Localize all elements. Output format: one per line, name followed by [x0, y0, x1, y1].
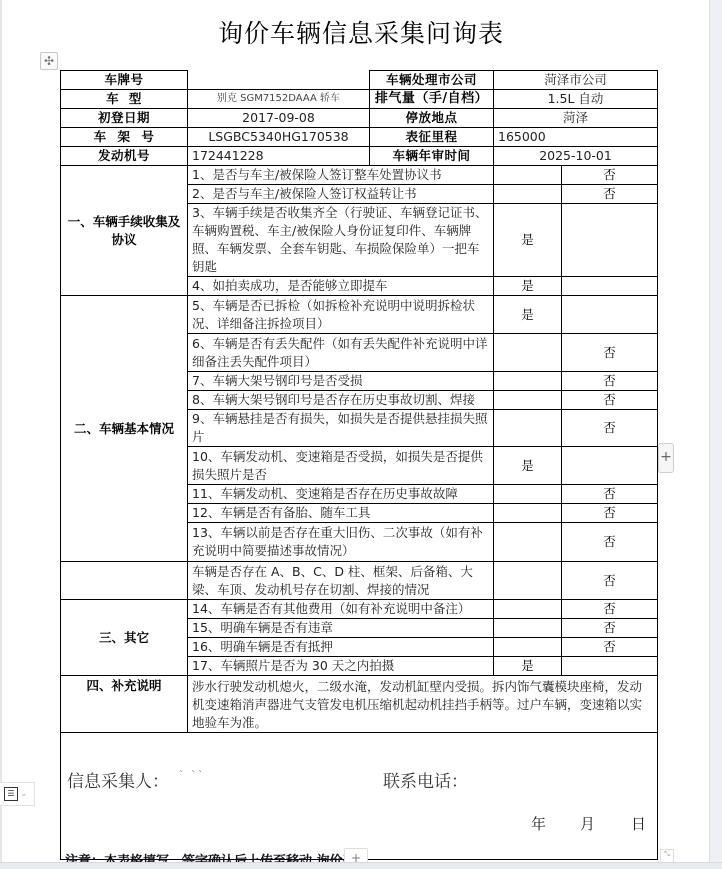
- answer-yes-14[interactable]: [494, 600, 562, 619]
- answer-yes-15[interactable]: [494, 619, 562, 638]
- answer-yes-6[interactable]: [494, 334, 562, 372]
- answer-no-2[interactable]: 否: [562, 185, 658, 204]
- question-10: 10、车辆发动机、变速箱是否受损，如损失是否提供损失照片是否: [188, 447, 494, 485]
- answer-yes-3[interactable]: 是: [494, 204, 562, 277]
- model-label: 车 型: [61, 90, 188, 109]
- inspection-value[interactable]: 2025-10-01: [494, 147, 658, 166]
- question-13: 13、车辆以前是否存在重大旧伤、二次事故（如有补充说明中简要描述事故情况）: [188, 523, 494, 562]
- info-row-engine: 发动机号 172441228 车辆年审时间 2025-10-01: [61, 147, 658, 166]
- model-value[interactable]: 别克 SGM7152DAAA 轿车: [188, 90, 370, 109]
- mileage-value[interactable]: 165000: [494, 128, 658, 147]
- plate-label: 车牌号: [61, 71, 188, 90]
- checklist-row: 一、车辆手续收集及协议 1、是否与车主/被保险人签订整车处置协议书 否: [61, 166, 658, 185]
- inspection-label: 车辆年审时间: [370, 147, 494, 166]
- answer-no-10[interactable]: [562, 447, 658, 485]
- horizontal-scrollbar[interactable]: [0, 862, 722, 869]
- question-3: 3、车辆手续是否收集齐全（行驶证、车辆登记证书、车辆购置税、车主/被保险人身份证…: [188, 204, 494, 277]
- answer-no-8[interactable]: 否: [562, 391, 658, 410]
- company-label: 车辆处理市公司: [370, 71, 494, 90]
- info-row-vin: 车 架 号 LSGBC5340HG170538 表征里程 165000: [61, 128, 658, 147]
- question-17: 17、车辆照片是否为 30 天之内拍摄: [188, 657, 494, 676]
- question-12: 12、车辆是否有备胎、随车工具: [188, 504, 494, 523]
- question-6: 6、车辆是否有丢失配件（如有丢失配件补充说明中详细备注丢失配件项目）: [188, 334, 494, 372]
- section-4-title: 四、补充说明: [61, 676, 188, 733]
- location-label: 停放地点: [370, 109, 494, 128]
- date-month-label: 月: [580, 815, 595, 833]
- answer-no-pillar[interactable]: 否: [562, 562, 658, 600]
- phone-label: 联系电话：: [383, 773, 468, 791]
- question-11: 11、车辆发动机、变速箱是否存在历史事故故障: [188, 485, 494, 504]
- answer-no-16[interactable]: 否: [562, 638, 658, 657]
- answer-yes-1[interactable]: [494, 166, 562, 185]
- inquiry-form-table: 车牌号 车辆处理市公司 菏泽市公司 车 型 别克 SGM7152DAAA 轿车 …: [60, 70, 658, 860]
- question-16: 16、明确车辆是否有抵押: [188, 638, 494, 657]
- question-15: 15、明确车辆是否有违章: [188, 619, 494, 638]
- answer-no-11[interactable]: 否: [562, 485, 658, 504]
- answer-no-4[interactable]: [562, 277, 658, 296]
- company-value[interactable]: 菏泽市公司: [494, 71, 658, 90]
- reg-date-label: 初登日期: [61, 109, 188, 128]
- checklist-row: 车辆是否存在 A、B、C、D 柱、框架、后备箱、大梁、车顶、发动机号存在切割、焊…: [61, 562, 658, 600]
- answer-no-7[interactable]: 否: [562, 372, 658, 391]
- mileage-label: 表征里程: [370, 128, 494, 147]
- answer-yes-7[interactable]: [494, 372, 562, 391]
- question-4: 4、如拍卖成功，是否能够立即提车: [188, 277, 494, 296]
- section-2-title: 二、车辆基本情况: [61, 296, 188, 562]
- date-year-label: 年: [531, 815, 546, 833]
- page-left-edge: [0, 0, 2, 869]
- info-row-plate: 车牌号 车辆处理市公司 菏泽市公司: [61, 71, 658, 90]
- info-row-model: 车 型 别克 SGM7152DAAA 轿车 排气量（手/自档） 1.5L 自动: [61, 90, 658, 109]
- displacement-label: 排气量（手/自档）: [370, 90, 494, 109]
- answer-yes-17[interactable]: 是: [494, 657, 562, 676]
- answer-yes-4[interactable]: 是: [494, 277, 562, 296]
- question-8: 8、车辆大架号钢印号是否存在历史事故切割、焊接: [188, 391, 494, 410]
- question-9: 9、车辆悬挂是否有损失，如损失是否提供悬挂损失照片: [188, 410, 494, 447]
- answer-yes-10[interactable]: 是: [494, 447, 562, 485]
- answer-no-17[interactable]: [562, 657, 658, 676]
- answer-no-12[interactable]: 否: [562, 504, 658, 523]
- answer-no-9[interactable]: 否: [562, 410, 658, 447]
- checklist-row: 二、车辆基本情况 5、车辆是否已拆检（如拆检补充说明中说明拆检状况、详细备注拆捡…: [61, 296, 658, 334]
- answer-no-14[interactable]: 否: [562, 600, 658, 619]
- signature-row: 信息采集人： ` `` 联系电话： 年 月 日: [61, 733, 658, 860]
- answer-yes-13[interactable]: [494, 523, 562, 562]
- location-value[interactable]: 菏泽: [494, 109, 658, 128]
- question-14: 14、车辆是否有其他费用（如有补充说明中备注）: [188, 600, 494, 619]
- supplement-row: 四、补充说明 涉水行驶发动机熄火，二级水淹，发动机缸壁内受损。拆内饰气囊模块座椅…: [61, 676, 658, 733]
- document-title: 询价车辆信息采集问询表: [0, 14, 722, 50]
- question-1: 1、是否与车主/被保险人签订整车处置协议书: [188, 166, 494, 185]
- section-3-title: 三、其它: [61, 600, 188, 676]
- collector-value[interactable]: ` ``: [179, 767, 205, 785]
- answer-no-15[interactable]: 否: [562, 619, 658, 638]
- answer-yes-9[interactable]: [494, 410, 562, 447]
- question-5: 5、车辆是否已拆检（如拆检补充说明中说明拆检状况、详细备注拆捡项目）: [188, 296, 494, 334]
- displacement-value[interactable]: 1.5L 自动: [494, 90, 658, 109]
- answer-no-1[interactable]: 否: [562, 166, 658, 185]
- signature-cell: 信息采集人： ` `` 联系电话： 年 月 日: [61, 733, 658, 860]
- layout-options-button[interactable]: ☰⌄: [0, 782, 35, 806]
- engine-label: 发动机号: [61, 147, 188, 166]
- answer-yes-11[interactable]: [494, 485, 562, 504]
- empty-section-cell: [61, 562, 188, 600]
- question-7: 7、车辆大架号钢印号是否受损: [188, 372, 494, 391]
- answer-yes-16[interactable]: [494, 638, 562, 657]
- answer-yes-5[interactable]: 是: [494, 296, 562, 334]
- question-pillar: 车辆是否存在 A、B、C、D 柱、框架、后备箱、大梁、车顶、发动机号存在切割、焊…: [188, 562, 494, 600]
- date-day-label: 日: [631, 815, 646, 833]
- reg-date-value[interactable]: 2017-09-08: [188, 109, 370, 128]
- collector-label: 信息采集人：: [67, 773, 169, 791]
- answer-no-5[interactable]: [562, 296, 658, 334]
- checklist-row: 三、其它 14、车辆是否有其他费用（如有补充说明中备注） 否: [61, 600, 658, 619]
- vin-label: 车 架 号: [61, 128, 188, 147]
- chevron-down-icon: ⌄: [20, 789, 28, 799]
- plate-value[interactable]: [188, 71, 370, 90]
- answer-yes-8[interactable]: [494, 391, 562, 410]
- answer-no-3[interactable]: [562, 204, 658, 277]
- vertical-scrollbar[interactable]: [709, 0, 722, 869]
- vin-value[interactable]: LSGBC5340HG170538: [188, 128, 370, 147]
- add-column-plus-icon[interactable]: +: [658, 443, 674, 473]
- engine-value[interactable]: 172441228: [188, 147, 370, 166]
- answer-no-6[interactable]: 否: [562, 334, 658, 372]
- answer-no-13[interactable]: 否: [562, 523, 658, 562]
- answer-yes-2[interactable]: [494, 185, 562, 204]
- answer-yes-pillar[interactable]: [494, 562, 562, 600]
- answer-yes-12[interactable]: [494, 504, 562, 523]
- table-move-handle-icon[interactable]: ✣: [40, 52, 58, 70]
- question-2: 2、是否与车主/被保险人签订权益转让书: [188, 185, 494, 204]
- info-row-regdate: 初登日期 2017-09-08 停放地点 菏泽: [61, 109, 658, 128]
- supplement-text[interactable]: 涉水行驶发动机熄火，二级水淹，发动机缸壁内受损。拆内饰气囊模块座椅，发动机变速箱…: [188, 676, 658, 733]
- section-1-title: 一、车辆手续收集及协议: [61, 166, 188, 296]
- layout-icon: ☰: [4, 787, 18, 801]
